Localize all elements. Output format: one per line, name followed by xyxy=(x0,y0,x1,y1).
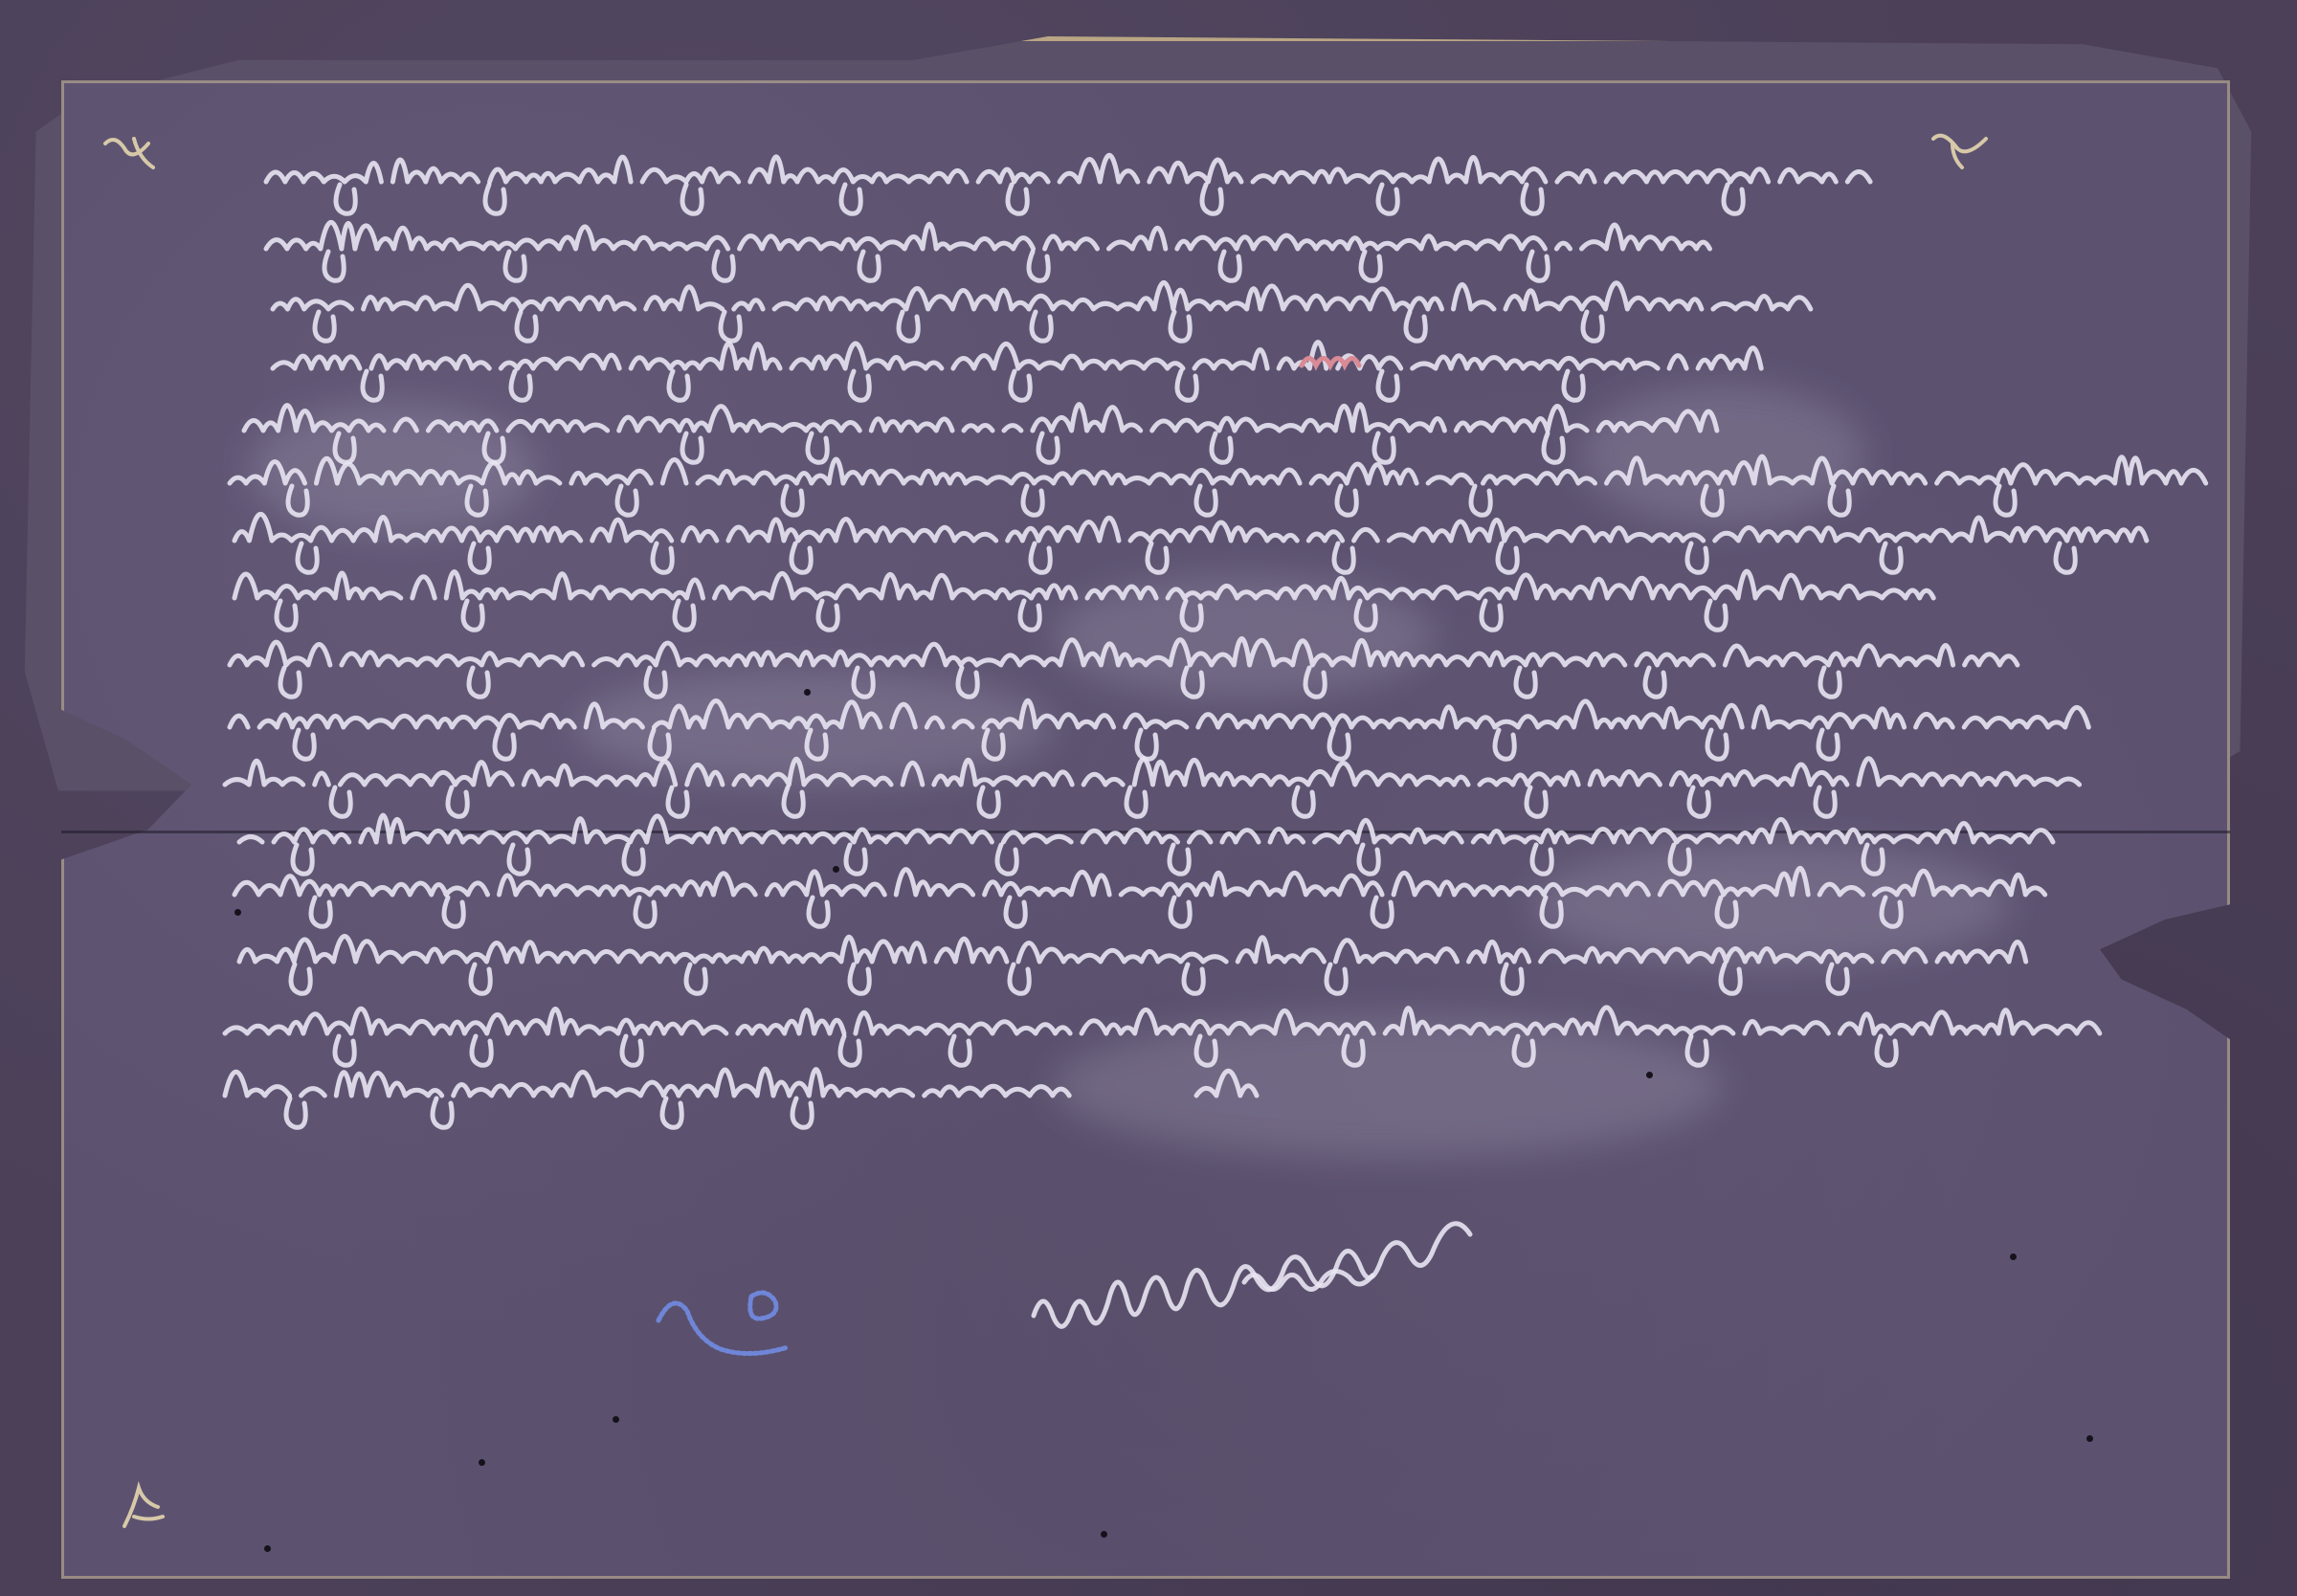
blue-pencil-mark xyxy=(651,1282,804,1359)
worm-hole xyxy=(1101,1531,1107,1538)
script-line xyxy=(266,148,1881,206)
script-line xyxy=(239,928,2029,986)
script-line xyxy=(1196,1062,1273,1119)
script-line xyxy=(273,335,1780,392)
signature-block xyxy=(1024,1249,1637,1354)
script-line xyxy=(239,809,2048,866)
script-line xyxy=(234,507,2153,565)
top-right-flourish-mark xyxy=(1924,110,2000,177)
worm-hole xyxy=(234,909,241,916)
worm-hole xyxy=(2010,1253,2017,1260)
red-ink-mark xyxy=(1297,346,1364,375)
worm-hole xyxy=(479,1459,485,1466)
bottom-left-flourish-mark xyxy=(105,1469,182,1536)
worm-hole xyxy=(613,1416,619,1423)
worm-hole xyxy=(2086,1435,2093,1442)
script-line xyxy=(244,397,1723,454)
script-line xyxy=(225,751,2096,809)
worm-hole xyxy=(1646,1072,1653,1078)
script-line xyxy=(273,276,1809,333)
worm-hole xyxy=(804,689,811,696)
script-line xyxy=(230,632,2019,689)
worm-hole xyxy=(264,1545,271,1552)
script-line xyxy=(230,694,2106,751)
script-line xyxy=(225,1000,2106,1057)
script-line xyxy=(230,450,2201,507)
script-line xyxy=(234,565,1943,622)
worm-hole xyxy=(833,866,839,873)
script-line xyxy=(234,861,2058,919)
script-line xyxy=(266,215,1723,273)
top-left-flourish-mark xyxy=(96,115,172,182)
script-line xyxy=(225,1062,1077,1119)
